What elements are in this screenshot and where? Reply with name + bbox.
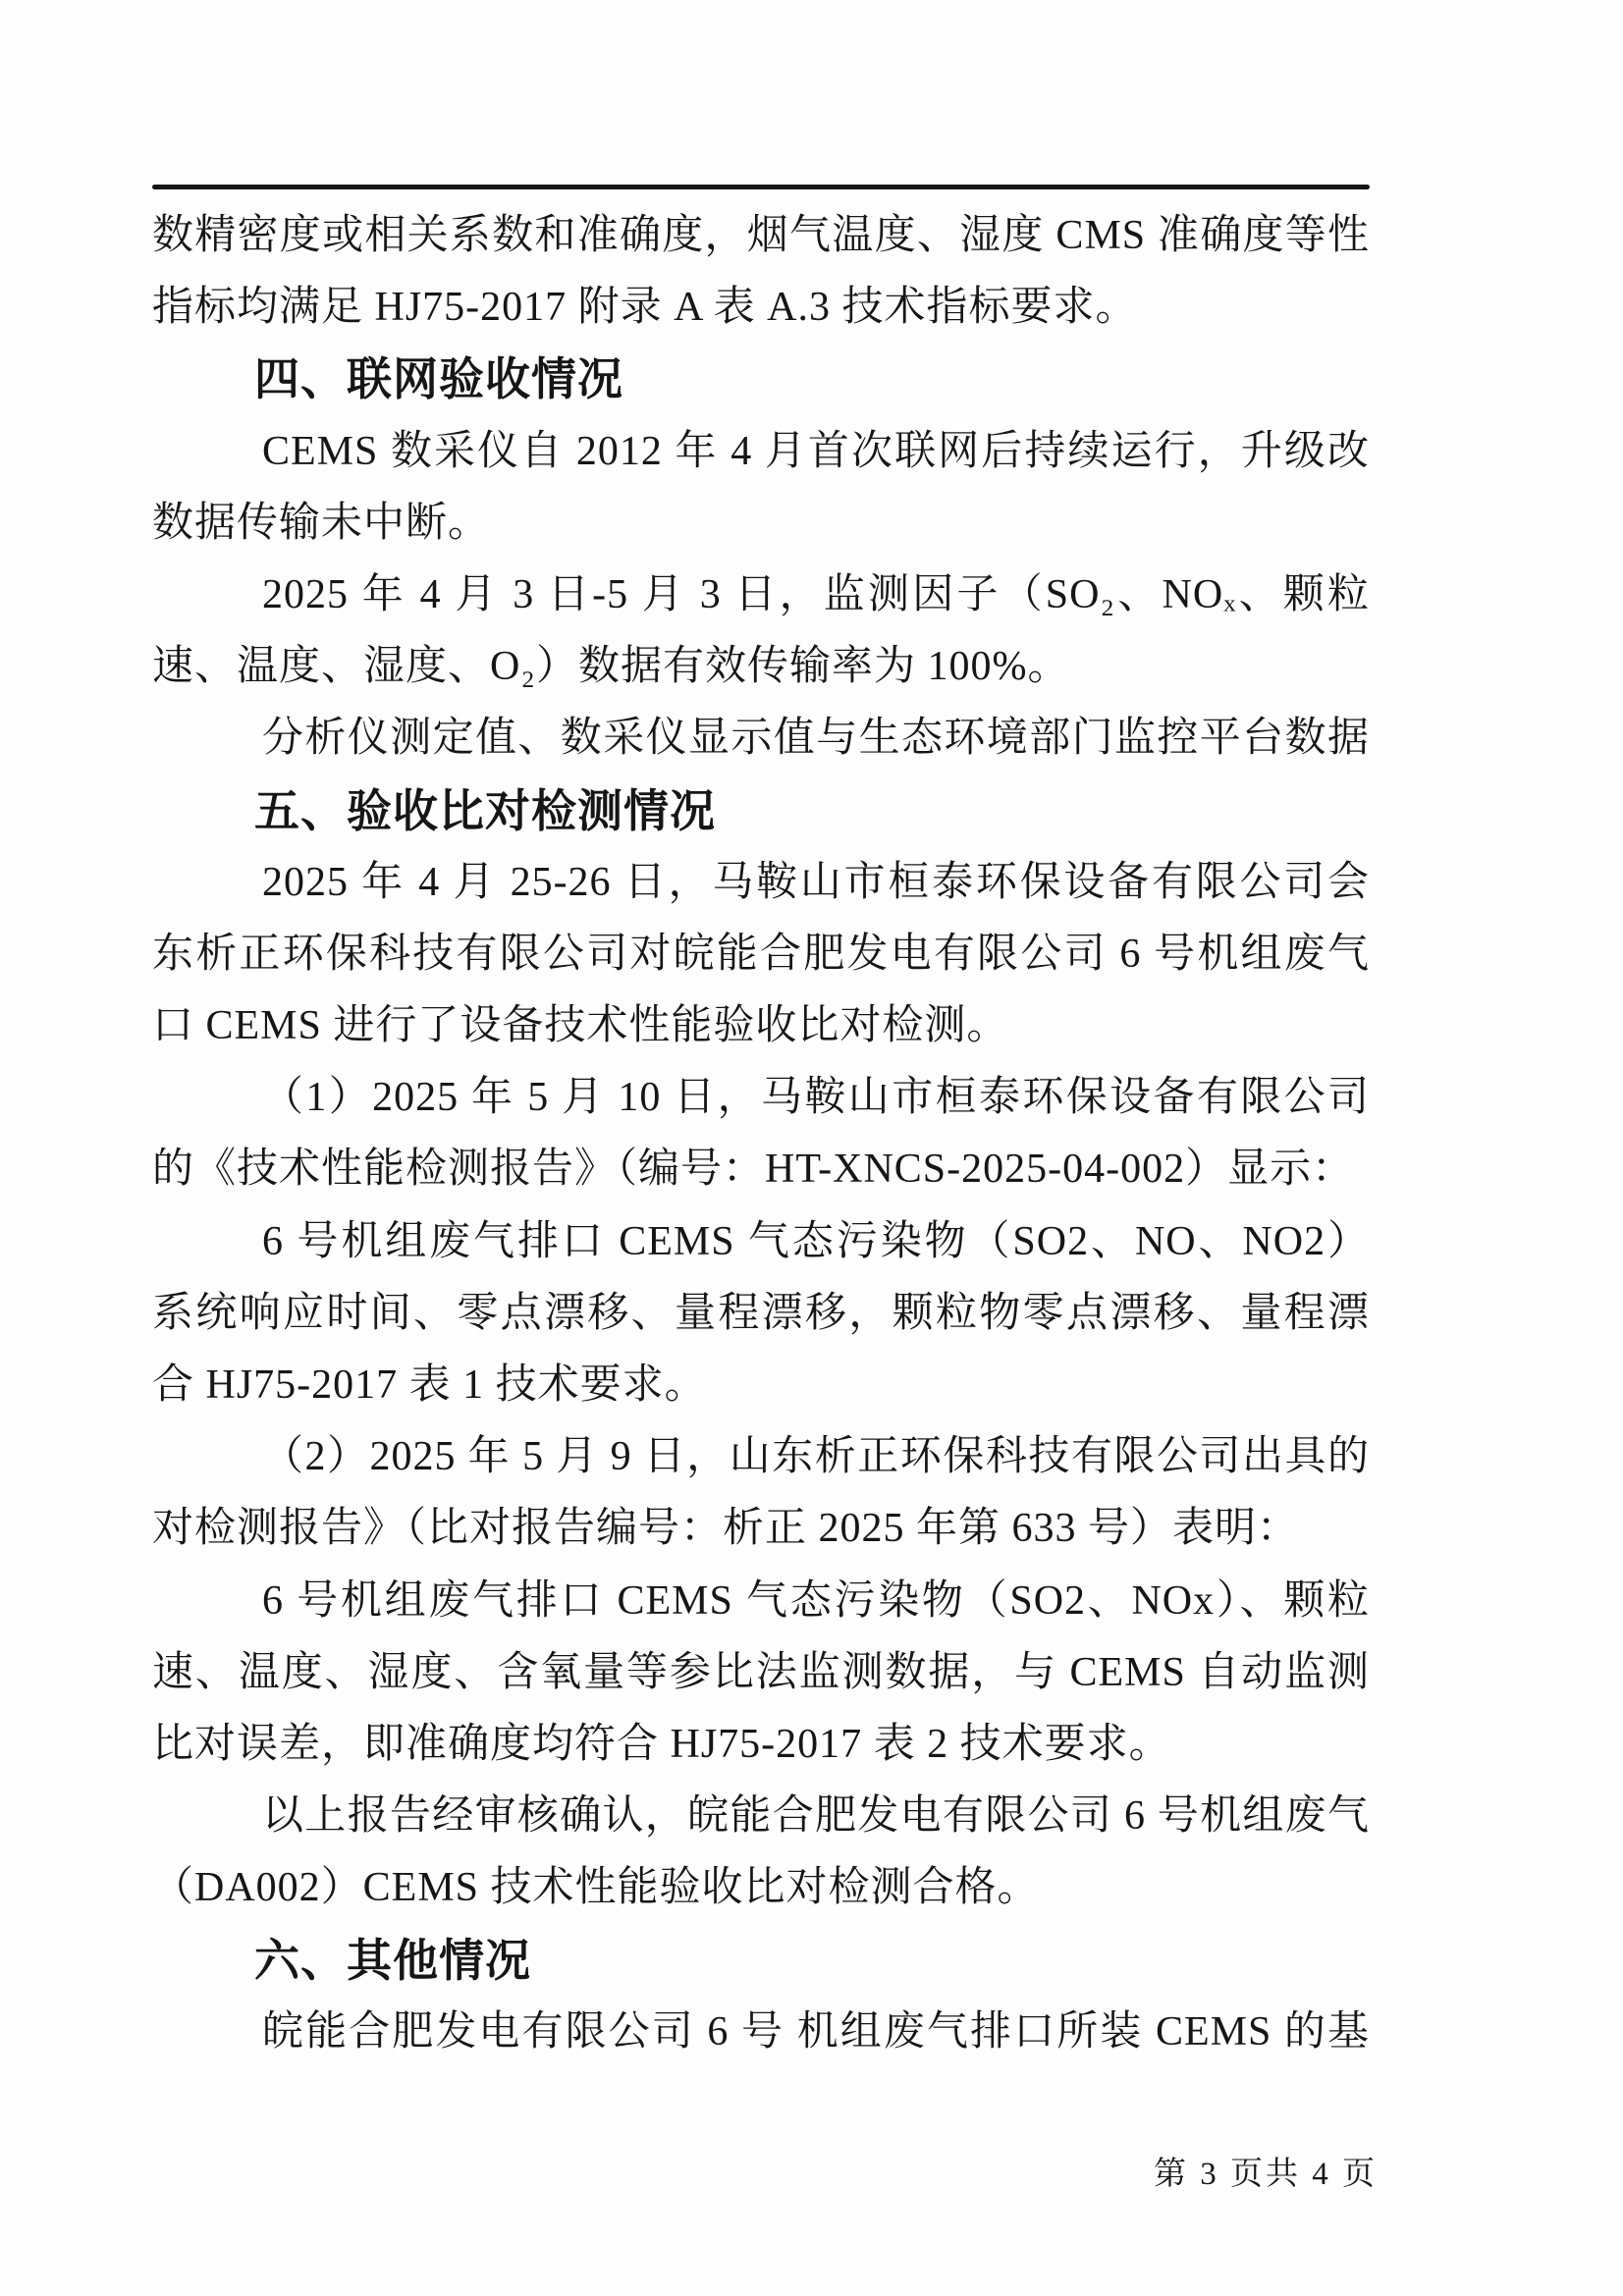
body-line: 数精密度或相关系数和准确度，烟气温度、湿度 CMS 准确度等性能 <box>152 200 1370 272</box>
body-line: 系统响应时间、零点漂移、量程漂移，颗粒物零点漂移、量程漂移符 <box>152 1278 1370 1350</box>
scanned-document-page: 数精密度或相关系数和准确度，烟气温度、湿度 CMS 准确度等性能 指标均满足 H… <box>0 0 1623 2296</box>
heading-section-6: 六、其他情况 <box>152 1925 1370 1997</box>
page-number: 第 3 页共 4 页 <box>1154 2150 1378 2199</box>
body-line: 东析正环保科技有限公司对皖能合肥发电有限公司 6 号机组废气排 <box>152 919 1370 990</box>
body-line: 2025 年 4 月 3 日-5 月 3 日，监测因子（SO₂、NOₓ、颗粒物、… <box>152 560 1370 631</box>
body-line: 以上报告经审核确认，皖能合肥发电有限公司 6 号机组废气排口 <box>152 1781 1370 1852</box>
body-line: 分析仪测定值、数采仪显示值与生态环境部门监控平台数据一致。 <box>152 703 1370 774</box>
body-line: 的《技术性能检测报告》（编号：HT-XNCS-2025-04-002）显示： <box>152 1134 1370 1205</box>
header-rule <box>152 185 1370 189</box>
body-line: 6 号机组废气排口 CEMS 气态污染物（SO2、NOx）、颗粒物、流 <box>152 1566 1370 1637</box>
body-line: 指标均满足 HJ75-2017 附录 A 表 A.3 技术指标要求。 <box>152 272 1370 344</box>
body-line: 对检测报告》（比对报告编号：析正 2025 年第 633 号）表明： <box>152 1493 1370 1565</box>
document-body: 数精密度或相关系数和准确度，烟气温度、湿度 CMS 准确度等性能 指标均满足 H… <box>152 200 1370 2068</box>
body-line: （2）2025 年 5 月 9 日，山东析正环保科技有限公司出具的《比 <box>152 1421 1370 1493</box>
heading-section-4: 四、联网验收情况 <box>152 344 1370 415</box>
body-line: 合 HJ75-2017 表 1 技术要求。 <box>152 1350 1370 1421</box>
body-line: （DA002）CEMS 技术性能验收比对检测合格。 <box>152 1852 1370 1924</box>
heading-section-5: 五、验收比对检测情况 <box>152 775 1370 847</box>
body-line: 2025 年 4 月 25-26 日，马鞍山市桓泰环保设备有限公司会同山 <box>152 847 1370 919</box>
body-line: CEMS 数采仪自 2012 年 4 月首次联网后持续运行，升级改造期间 <box>152 416 1370 488</box>
body-line: 比对误差，即准确度均符合 HJ75-2017 表 2 技术要求。 <box>152 1709 1370 1781</box>
body-line: 速、温度、湿度、含氧量等参比法监测数据，与 CEMS 自动监测数据 <box>152 1637 1370 1709</box>
body-line: 速、温度、湿度、O₂）数据有效传输率为 100%。 <box>152 631 1370 703</box>
body-line: 数据传输未中断。 <box>152 488 1370 560</box>
body-line: 口 CEMS 进行了设备技术性能验收比对检测。 <box>152 990 1370 1062</box>
body-line: 皖能合肥发电有限公司 6 号 机组废气排口所装 CEMS 的基本功 <box>152 1997 1370 2068</box>
body-line: 6 号机组废气排口 CEMS 气态污染物（SO2、NO、NO2）示值误差、 <box>152 1206 1370 1278</box>
body-line: （1）2025 年 5 月 10 日，马鞍山市桓泰环保设备有限公司出具 <box>152 1062 1370 1134</box>
